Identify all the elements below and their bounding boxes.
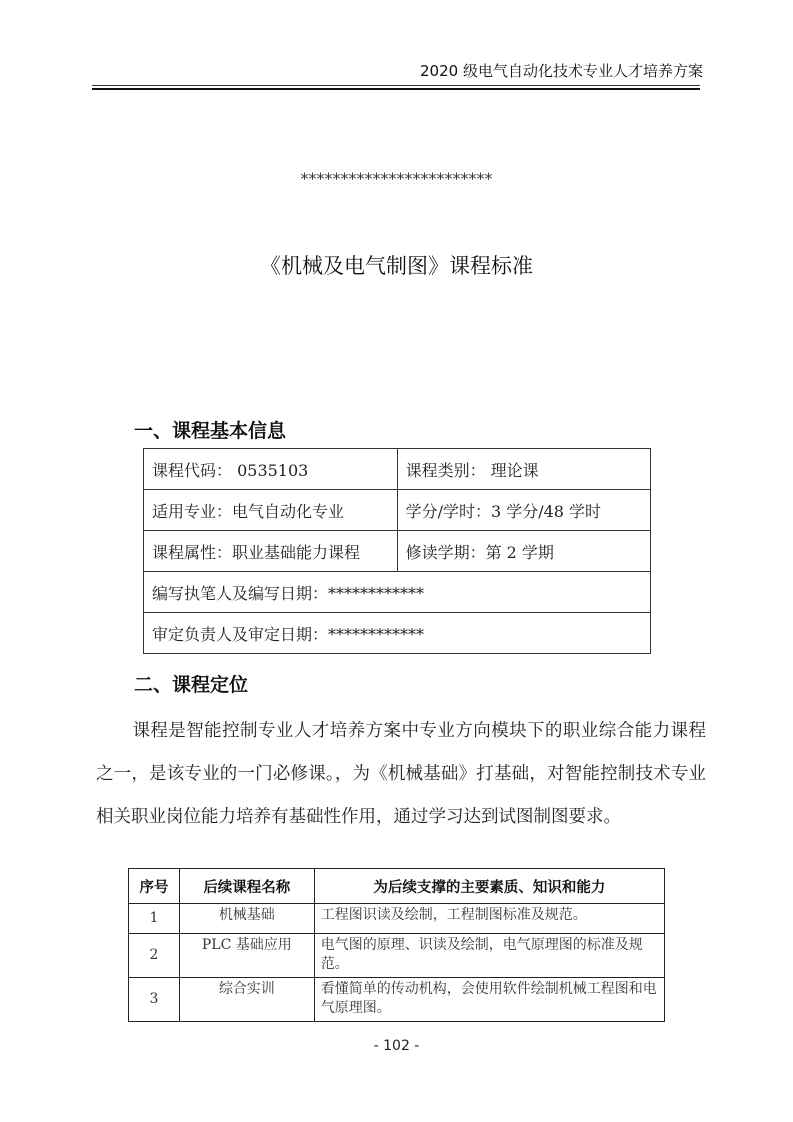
course-type-cell: 课程类别： 理论课 <box>397 449 650 490</box>
attribute-cell: 课程属性：职业基础能力课程 <box>144 531 398 572</box>
table-row: 编写执笔人及编写日期：************ <box>144 572 651 613</box>
table-row: 3 综合实训 看懂简单的传动机构，会使用软件绘制机械工程图和电气原理图。 <box>129 978 665 1022</box>
follow-up-courses-table: 序号 后续课程名称 为后续支撑的主要素质、知识和能力 1 机械基础 工程图识读及… <box>128 868 665 1022</box>
col-header-number: 序号 <box>129 869 180 904</box>
course-name: PLC 基础应用 <box>179 934 314 978</box>
table-row: 课程属性：职业基础能力课程 修读学期：第 2 学期 <box>144 531 651 572</box>
table-row: 2 PLC 基础应用 电气图的原理、识读及绘制，电气原理图的标准及规范。 <box>129 934 665 978</box>
credits-hours-cell: 学分/学时：3 学分/48 学时 <box>397 490 650 531</box>
col-header-course-name: 后续课程名称 <box>179 869 314 904</box>
course-name: 机械基础 <box>179 904 314 934</box>
table-row: 审定负责人及审定日期：************ <box>144 613 651 654</box>
section-heading-positioning: 二、课程定位 <box>134 670 248 697</box>
major-cell: 适用专业：电气自动化专业 <box>144 490 398 531</box>
course-info-table: 课程代码： 0535103 课程类别： 理论课 适用专业：电气自动化专业 学分/… <box>143 448 651 654</box>
row-number: 1 <box>129 904 180 934</box>
col-header-support: 为后续支撑的主要素质、知识和能力 <box>314 869 664 904</box>
table-header-row: 序号 后续课程名称 为后续支撑的主要素质、知识和能力 <box>129 869 665 904</box>
table-row: 课程代码： 0535103 课程类别： 理论课 <box>144 449 651 490</box>
running-header: 2020 级电气自动化技术专业人才培养方案 <box>420 60 700 81</box>
support-description: 工程图识读及绘制，工程制图标准及规范。 <box>314 904 664 934</box>
support-description: 看懂简单的传动机构，会使用软件绘制机械工程图和电气原理图。 <box>314 978 664 1022</box>
course-name: 综合实训 <box>179 978 314 1022</box>
positioning-paragraph: 课程是智能控制专业人才培养方案中专业方向模块下的职业综合能力课程之一，是该专业的… <box>96 710 706 839</box>
author-date-cell: 编写执笔人及编写日期：************ <box>144 572 651 613</box>
table-row: 1 机械基础 工程图识读及绘制，工程制图标准及规范。 <box>129 904 665 934</box>
paragraph-text: 课程是智能控制专业人才培养方案中专业方向模块下的职业综合能力课程之一，是该专业的… <box>96 721 706 827</box>
document-title: 《机械及电气制图》课程标准 <box>0 250 793 280</box>
table-row: 适用专业：电气自动化专业 学分/学时：3 学分/48 学时 <box>144 490 651 531</box>
header-rule <box>92 85 700 90</box>
semester-cell: 修读学期：第 2 学期 <box>397 531 650 572</box>
reviewer-date-cell: 审定负责人及审定日期：************ <box>144 613 651 654</box>
support-description: 电气图的原理、识读及绘制，电气原理图的标准及规范。 <box>314 934 664 978</box>
row-number: 2 <box>129 934 180 978</box>
section-heading-basic-info: 一、课程基本信息 <box>134 416 286 443</box>
row-number: 3 <box>129 978 180 1022</box>
page-number: - 102 - <box>0 1038 793 1054</box>
redacted-stars-line: ************************ <box>0 169 793 188</box>
course-code-cell: 课程代码： 0535103 <box>144 449 398 490</box>
